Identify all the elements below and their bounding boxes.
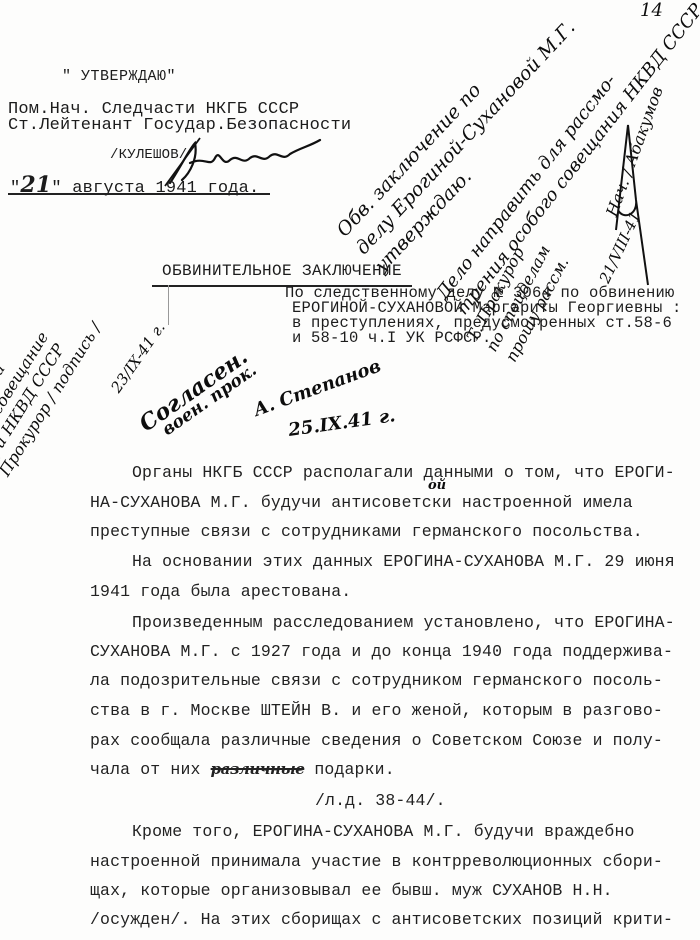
- body-line: ла подозрительные связи с сотрудником ге…: [90, 671, 663, 690]
- approval-date-rest: " августа 1941 года.: [51, 179, 259, 198]
- annotation-left-margin-date: 23/IX-41 г.: [107, 319, 168, 396]
- body-line: Органы НКГБ СССР располагали данными о т…: [132, 463, 675, 482]
- body-line: ства в г. Москве ШТЕЙН В. и его женой, к…: [90, 701, 663, 720]
- body-line: 1941 года была арестована.: [90, 582, 351, 601]
- correction-mark: ой: [428, 478, 446, 493]
- body-line: На основании этих данных ЕРОГИНА-СУХАНОВ…: [132, 552, 675, 571]
- annotation-page-mark: 14: [640, 0, 663, 21]
- body-line: НА-СУХАНОВА М.Г. будучи антисоветски нас…: [90, 493, 633, 512]
- approval-date-underline: [8, 193, 270, 195]
- approval-heading: " УТВЕРЖДАЮ": [62, 68, 176, 85]
- body-line: СУХАНОВА М.Г. с 1927 года и до конца 194…: [90, 642, 673, 661]
- body-line: чала от них различные подарки.: [90, 760, 395, 779]
- body-line: Кроме того, ЕРОГИНА-СУХАНОВА М.Г. будучи…: [132, 822, 635, 841]
- body-line: /осужден/. На этих сборищах с антисоветс…: [90, 910, 673, 929]
- body-line: преступные связи с сотрудниками германск…: [90, 522, 643, 541]
- body-line: рах сообщала различные сведения о Советс…: [90, 731, 663, 750]
- annotation-left-margin: Внести на особ. совещание при НКВД СССР …: [0, 287, 106, 480]
- struck-word: различные: [211, 760, 305, 778]
- approval-rank-line: Ст.Лейтенант Государ.Безопасности: [8, 116, 351, 135]
- body-line: щах, которые организовывал ее бывш. муж …: [90, 881, 613, 900]
- body-line: настроенной принимала участие в контррев…: [90, 852, 663, 871]
- case-file-reference: /л.д. 38-44/.: [315, 791, 446, 810]
- document-title: ОБВИНИТЕЛЬНОЕ ЗАКЛЮЧЕНИЕ: [162, 262, 402, 280]
- document-page: " УТВЕРЖДАЮ" Пом.Нач. Следчасти НКГБ ССС…: [0, 0, 700, 940]
- annotation-agreement-date: 25.IX.41 г.: [287, 405, 397, 441]
- title-margin-tick: [168, 285, 169, 325]
- case-header-line: и 58-10 ч.I УК РСФСР.: [292, 329, 492, 347]
- body-line: Произведенным расследованием установлено…: [132, 613, 675, 632]
- annotation-resolution-line: делу Ерогиной-Сухановой М.Г.: [350, 15, 581, 260]
